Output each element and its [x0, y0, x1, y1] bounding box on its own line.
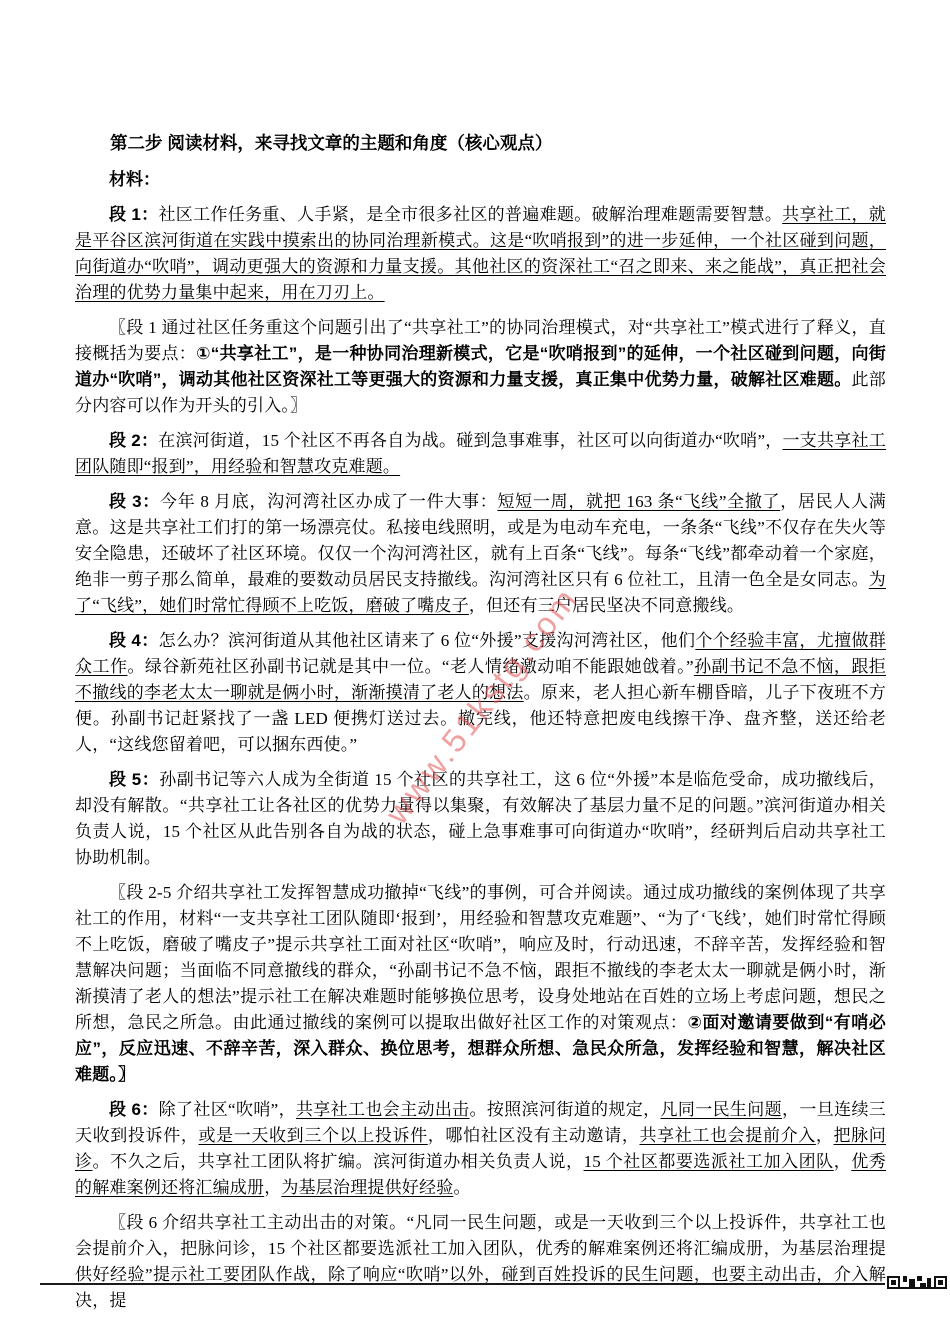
annotation-paragraph: 〖段 2-5 介绍共享社工发挥智慧成功撤掉“飞线”的事例，可合并阅读。通过成功撤… [75, 880, 886, 1088]
text-run: 怎么办？滨河街道从其他社区请来了 6 位“外援”支援沟河湾社区，他们 [159, 631, 696, 650]
text-run: 今年 8 月底，沟河湾社区办成了一件大事： [160, 492, 497, 511]
text-run: 凡同一民生问题 [661, 1100, 783, 1119]
text-run: ，哪怕社区没有主动邀请， [428, 1126, 640, 1145]
text-run: 段 2： [109, 431, 158, 450]
text-run: 社区工作任务重、人手紧，是全市很多社区的普遍难题。破解治理难题需要智慧。 [158, 205, 782, 224]
text-run: ， [264, 1178, 281, 1197]
text-run: 〖段 2-5 介绍共享社工发挥智慧成功撤掉“飞线”的事例，可合并阅读。通过成功撤… [75, 883, 886, 1032]
material-paragraph: 段 1：社区工作任务重、人手紧，是全市很多社区的普遍难题。破解治理难题需要智慧。… [75, 202, 886, 306]
material-label: 材料： [75, 167, 886, 193]
text-run: 段 6： [109, 1100, 159, 1119]
text-run: 段 1： [109, 205, 158, 224]
text-run: ， [816, 1126, 834, 1145]
text-run: 段 4： [109, 631, 159, 650]
text-run: ， [834, 1152, 852, 1171]
text-run: 〖段 6 介绍共享社工主动出击的对策。“凡同一民生问题，或是一天收到三个以上投诉… [75, 1213, 886, 1310]
page-title: 第二步 阅读材料，来寻找文章的主题和角度（核心观点） [75, 130, 886, 156]
text-run: 段 3： [109, 492, 160, 511]
qr-code-partial-icon [887, 1276, 947, 1292]
text-run: 或是一天收到三个以上投诉件 [198, 1126, 427, 1145]
footer-divider [40, 1283, 885, 1285]
text-run: ①“共享社工”，是一种协同治理新模式，它是“吹哨报到”的延伸，一个社区碰到问题，… [75, 344, 886, 389]
annotation-paragraph: 〖段 6 介绍共享社工主动出击的对策。“凡同一民生问题，或是一天收到三个以上投诉… [75, 1210, 886, 1314]
text-run: 共享社工也会提前介入 [639, 1126, 815, 1145]
document-page: 第二步 阅读材料，来寻找文章的主题和角度（核心观点） 材料： 段 1：社区工作任… [0, 0, 950, 1344]
text-run: 短短一周，就把 163 条“飞线”全撤了 [497, 492, 780, 511]
text-run: ，但还有三户居民坚决不同意搬线。 [469, 596, 744, 615]
annotation-paragraph: 〖段 1 通过社区任务重这个问题引出了“共享社工”的协同治理模式，对“共享社工”… [75, 315, 886, 419]
material-paragraph: 段 2：在滨河街道，15 个社区不再各自为战。碰到急事难事，社区可以向街道办“吹… [75, 428, 886, 480]
text-run: 。按照滨河街道的规定， [470, 1100, 661, 1119]
material-paragraph: 段 3：今年 8 月底，沟河湾社区办成了一件大事：短短一周，就把 163 条“飞… [75, 489, 886, 619]
material-paragraph: 段 5：孙副书记等六人成为全街道 15 个社区的共享社工，这 6 位“外援”本是… [75, 767, 886, 871]
text-run: 孙副书记等六人成为全街道 15 个社区的共享社工，这 6 位“外援”本是临危受命… [75, 770, 886, 867]
material-paragraph: 段 6：除了社区“吹哨”，共享社工也会主动出击。按照滨河街道的规定，凡同一民生问… [75, 1097, 886, 1201]
text-run: 。绿谷新苑社区孙副书记就是其中一位。“老人情绪激动咱不能跟她戗着。” [127, 657, 693, 676]
text-run: 段 5： [109, 770, 159, 789]
text-run: 在滨河街道，15 个社区不再各自为战。碰到急事难事，社区可以向街道办“吹哨”， [158, 431, 782, 450]
text-run: 15 个社区都要选派社工加入团队 [584, 1152, 834, 1171]
text-run: 共享社工也会主动出击 [296, 1100, 470, 1119]
text-run: 除了社区“吹哨”， [159, 1100, 296, 1119]
text-run: 为基层治理提供好经验 [281, 1178, 453, 1197]
paragraph-list: 段 1：社区工作任务重、人手紧，是全市很多社区的普遍难题。破解治理难题需要智慧。… [75, 202, 886, 1314]
text-run: 。 [453, 1178, 470, 1197]
text-run: 。不久之后，共享社工团队将扩编。滨河街道办相关负责人说， [93, 1152, 584, 1171]
material-paragraph: 段 4：怎么办？滨河街道从其他社区请来了 6 位“外援”支援沟河湾社区，他们个个… [75, 628, 886, 758]
